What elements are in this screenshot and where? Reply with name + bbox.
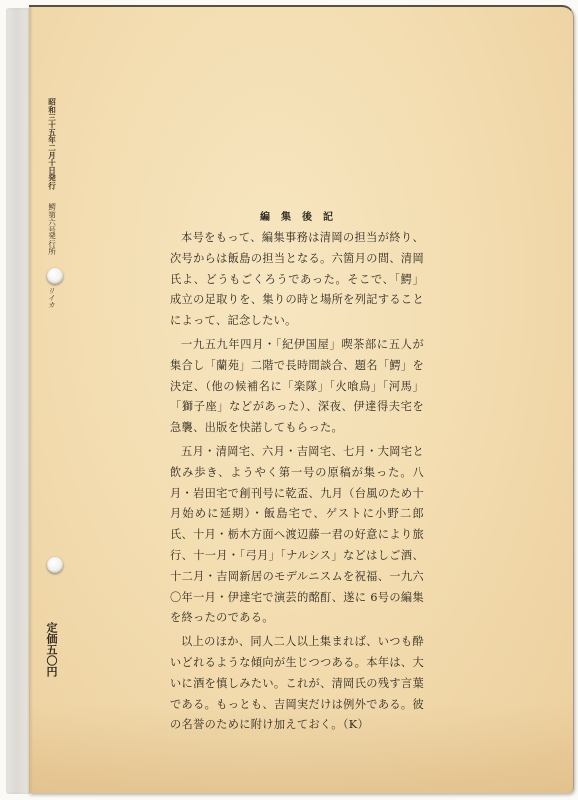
article-title: 編集後記 <box>180 208 424 223</box>
article-paragraph-2: 一九五九年四月・「紀伊国屋」喫茶部に五人が集合し「蘭苑」二階で長時間談合、題名「… <box>170 335 424 439</box>
binding-strip <box>6 8 30 794</box>
punch-hole-bottom <box>47 557 63 573</box>
article-paragraph-1: 本号をもって、編集事務は清岡の担当が終り、次号からは飯島の担当となる。六箇月の間… <box>170 228 424 332</box>
page-gutter-shadow <box>29 7 33 793</box>
colophon-publisher-label: 発行所 <box>48 232 56 255</box>
colophon-issue-date: 昭和三十五年二月十日発行 <box>48 98 56 189</box>
editorial-postscript: 編集後記 本号をもって、編集事務は清岡の担当が終り、次号からは飯島の担当となる。… <box>170 208 424 739</box>
colophon-publisher-name: リイカ <box>48 287 55 309</box>
punch-hole-top <box>47 268 63 284</box>
article-paragraph-3: 五月・清岡宅、六月・吉岡宅、七月・大岡宅と飲み歩き、ようやく第一号の原稿が集った… <box>170 442 424 629</box>
colophon-issue-number: 鰐第六号 <box>48 203 56 233</box>
article-paragraph-4: 以上のほか、同人二人以上集まれば、いつも酔いどれるような傾向が生じつつある。本年… <box>170 632 424 736</box>
colophon-price: 定価五〇円 <box>46 622 57 677</box>
